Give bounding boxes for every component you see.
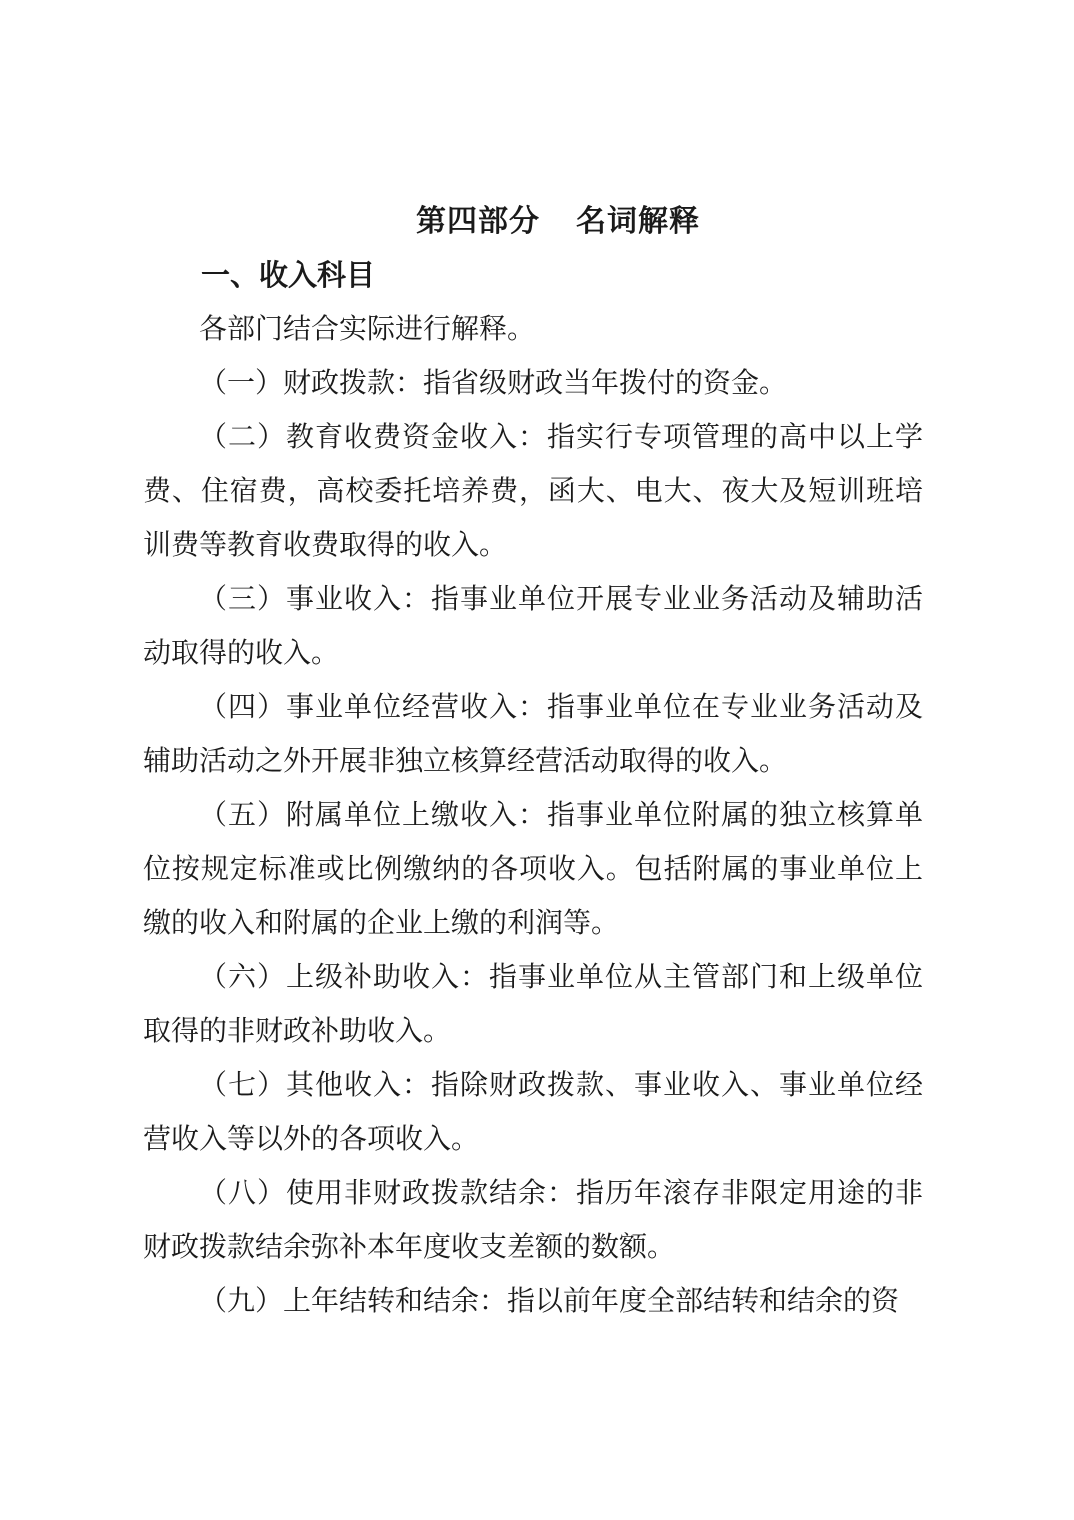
document-title: 第四部分名词解释 bbox=[168, 195, 948, 249]
paragraph-item-3-operating-income: （三）事业收入：指事业单位开展专业业务活动及辅助活动取得的收入。 bbox=[143, 573, 923, 681]
paragraph-item-2-education-fee-income: （二）教育收费资金收入：指实行专项管理的高中以上学费、住宿费，高校委托培养费，函… bbox=[143, 411, 923, 573]
section-heading-income-subjects: 一、收入科目 bbox=[143, 249, 923, 303]
paragraph-item-1-fiscal-appropriation: （一）财政拨款：指省级财政当年拨付的资金。 bbox=[143, 357, 923, 411]
paragraph-item-4-business-operation-income: （四）事业单位经营收入：指事业单位在专业业务活动及辅助活动之外开展非独立核算经营… bbox=[143, 681, 923, 789]
document-content: 第四部分名词解释 一、收入科目 各部门结合实际进行解释。 （一）财政拨款：指省级… bbox=[143, 0, 923, 1329]
paragraph-item-7-other-income: （七）其他收入：指除财政拨款、事业收入、事业单位经营收入等以外的各项收入。 bbox=[143, 1059, 923, 1167]
paragraph-item-8-non-fiscal-surplus-usage: （八）使用非财政拨款结余：指历年滚存非限定用途的非财政拨款结余弥补本年度收支差额… bbox=[143, 1167, 923, 1275]
document-page: 第四部分名词解释 一、收入科目 各部门结合实际进行解释。 （一）财政拨款：指省级… bbox=[0, 0, 1074, 1520]
paragraph-item-5-subsidiary-remittance-income: （五）附属单位上缴收入：指事业单位附属的独立核算单位按规定标准或比例缴纳的各项收… bbox=[143, 789, 923, 951]
paragraph-item-6-superior-subsidy-income: （六）上级补助收入：指事业单位从主管部门和上级单位取得的非财政补助收入。 bbox=[143, 951, 923, 1059]
document-title-left: 第四部分 bbox=[416, 205, 540, 238]
paragraph-item-9-prior-year-carryover: （九）上年结转和结余：指以前年度全部结转和结余的资 bbox=[143, 1275, 923, 1329]
document-title-right: 名词解释 bbox=[576, 205, 700, 238]
paragraph-intro: 各部门结合实际进行解释。 bbox=[143, 303, 923, 357]
